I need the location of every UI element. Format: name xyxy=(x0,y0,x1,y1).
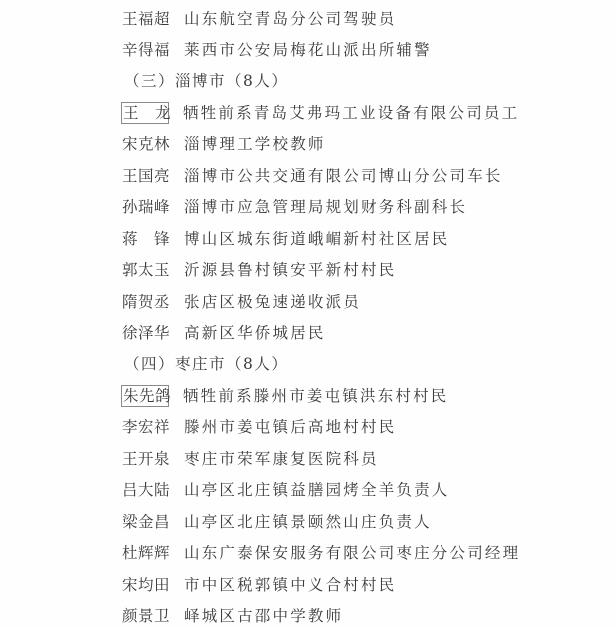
person-description: 山亭区北庄镇益膳园烤全羊负责人 xyxy=(184,476,450,504)
person-name: 郭太玉 xyxy=(122,256,170,284)
document-page: 王福超 山东航空青岛分公司驾驶员 辛得福 莱西市公安局梅花山派出所辅警 （三）淄… xyxy=(0,0,615,628)
list-item: 辛得福 莱西市公安局梅花山派出所辅警 xyxy=(122,36,432,64)
list-item: 梁金昌 山亭区北庄镇景颐然山庄负责人 xyxy=(122,508,432,536)
list-item: 孙瑞峰 淄博市应急管理局规划财务科副科长 xyxy=(122,193,467,221)
person-name: 王福超 xyxy=(122,5,170,33)
list-item: 徐泽华 高新区华侨城居民 xyxy=(122,319,326,347)
list-item: 王开泉 枣庄市荣军康复医院科员 xyxy=(122,445,379,473)
list-item: 杜辉辉 山东广泰保安服务有限公司枣庄分公司经理 xyxy=(122,539,520,567)
person-description: 滕州市姜屯镇后高地村村民 xyxy=(184,413,396,441)
person-description: 高新区华侨城居民 xyxy=(184,319,326,347)
list-item: 王国亮 淄博市公共交通有限公司博山分公司车长 xyxy=(122,162,503,190)
person-description: 市中区税郭镇中义合村村民 xyxy=(184,571,396,599)
person-name: 朱先鸽 xyxy=(121,385,169,407)
list-item: 郭太玉 沂源县鲁村镇安平新村村民 xyxy=(122,256,396,284)
person-description: 淄博理工学校教师 xyxy=(184,130,326,158)
list-item: 吕大陆 山亭区北庄镇益膳园烤全羊负责人 xyxy=(122,476,450,504)
person-name: 王开泉 xyxy=(122,445,170,473)
list-item: 朱先鸽 牺牲前系滕州市姜屯镇洪东村村民 xyxy=(122,382,449,410)
person-description: 山亭区北庄镇景颐然山庄负责人 xyxy=(184,508,432,536)
list-item: 王福超 山东航空青岛分公司驾驶员 xyxy=(122,5,396,33)
person-description: 山东航空青岛分公司驾驶员 xyxy=(184,5,396,33)
person-name: 李宏祥 xyxy=(122,413,170,441)
list-item: 李宏祥 滕州市姜屯镇后高地村村民 xyxy=(122,413,396,441)
person-name: 王国亮 xyxy=(122,162,170,190)
person-description: 莱西市公安局梅花山派出所辅警 xyxy=(184,36,432,64)
list-item: 隋贺丞 张店区极兔速递收派员 xyxy=(122,288,361,316)
list-item: 宋克林 淄博理工学校教师 xyxy=(122,130,326,158)
person-name: 梁金昌 xyxy=(122,508,170,536)
section-heading: （三）淄博市（8人） xyxy=(124,67,288,95)
person-name: 辛得福 xyxy=(122,36,170,64)
section-heading: （四）枣庄市（8人） xyxy=(124,350,288,378)
list-item: 蒋 锋 博山区城东街道峨嵋新村社区居民 xyxy=(122,225,450,253)
person-name: 宋克林 xyxy=(122,130,170,158)
person-description: 峄城区古邵中学教师 xyxy=(184,602,343,628)
person-description: 牺牲前系滕州市姜屯镇洪东村村民 xyxy=(183,382,449,410)
person-description: 博山区城东街道峨嵋新村社区居民 xyxy=(184,225,450,253)
person-name: 王 龙 xyxy=(121,102,169,124)
list-item: 颜景卫 峄城区古邵中学教师 xyxy=(122,602,343,628)
person-description: 牺牲前系青岛艾弗玛工业设备有限公司员工 xyxy=(183,99,519,127)
person-description: 枣庄市荣军康复医院科员 xyxy=(184,445,379,473)
person-name: 隋贺丞 xyxy=(122,288,170,316)
person-description: 淄博市公共交通有限公司博山分公司车长 xyxy=(184,162,503,190)
person-description: 张店区极兔速递收派员 xyxy=(184,288,361,316)
person-name: 宋均田 xyxy=(122,571,170,599)
person-name: 徐泽华 xyxy=(122,319,170,347)
list-item: 宋均田 市中区税郭镇中义合村村民 xyxy=(122,571,396,599)
person-name: 颜景卫 xyxy=(122,602,170,628)
person-name: 吕大陆 xyxy=(122,476,170,504)
person-description: 沂源县鲁村镇安平新村村民 xyxy=(184,256,396,284)
person-name: 孙瑞峰 xyxy=(122,193,170,221)
person-description: 山东广泰保安服务有限公司枣庄分公司经理 xyxy=(184,539,520,567)
person-name: 蒋 锋 xyxy=(122,225,170,253)
list-item: 王 龙 牺牲前系青岛艾弗玛工业设备有限公司员工 xyxy=(122,99,519,127)
person-description: 淄博市应急管理局规划财务科副科长 xyxy=(184,193,467,221)
person-name: 杜辉辉 xyxy=(122,539,170,567)
